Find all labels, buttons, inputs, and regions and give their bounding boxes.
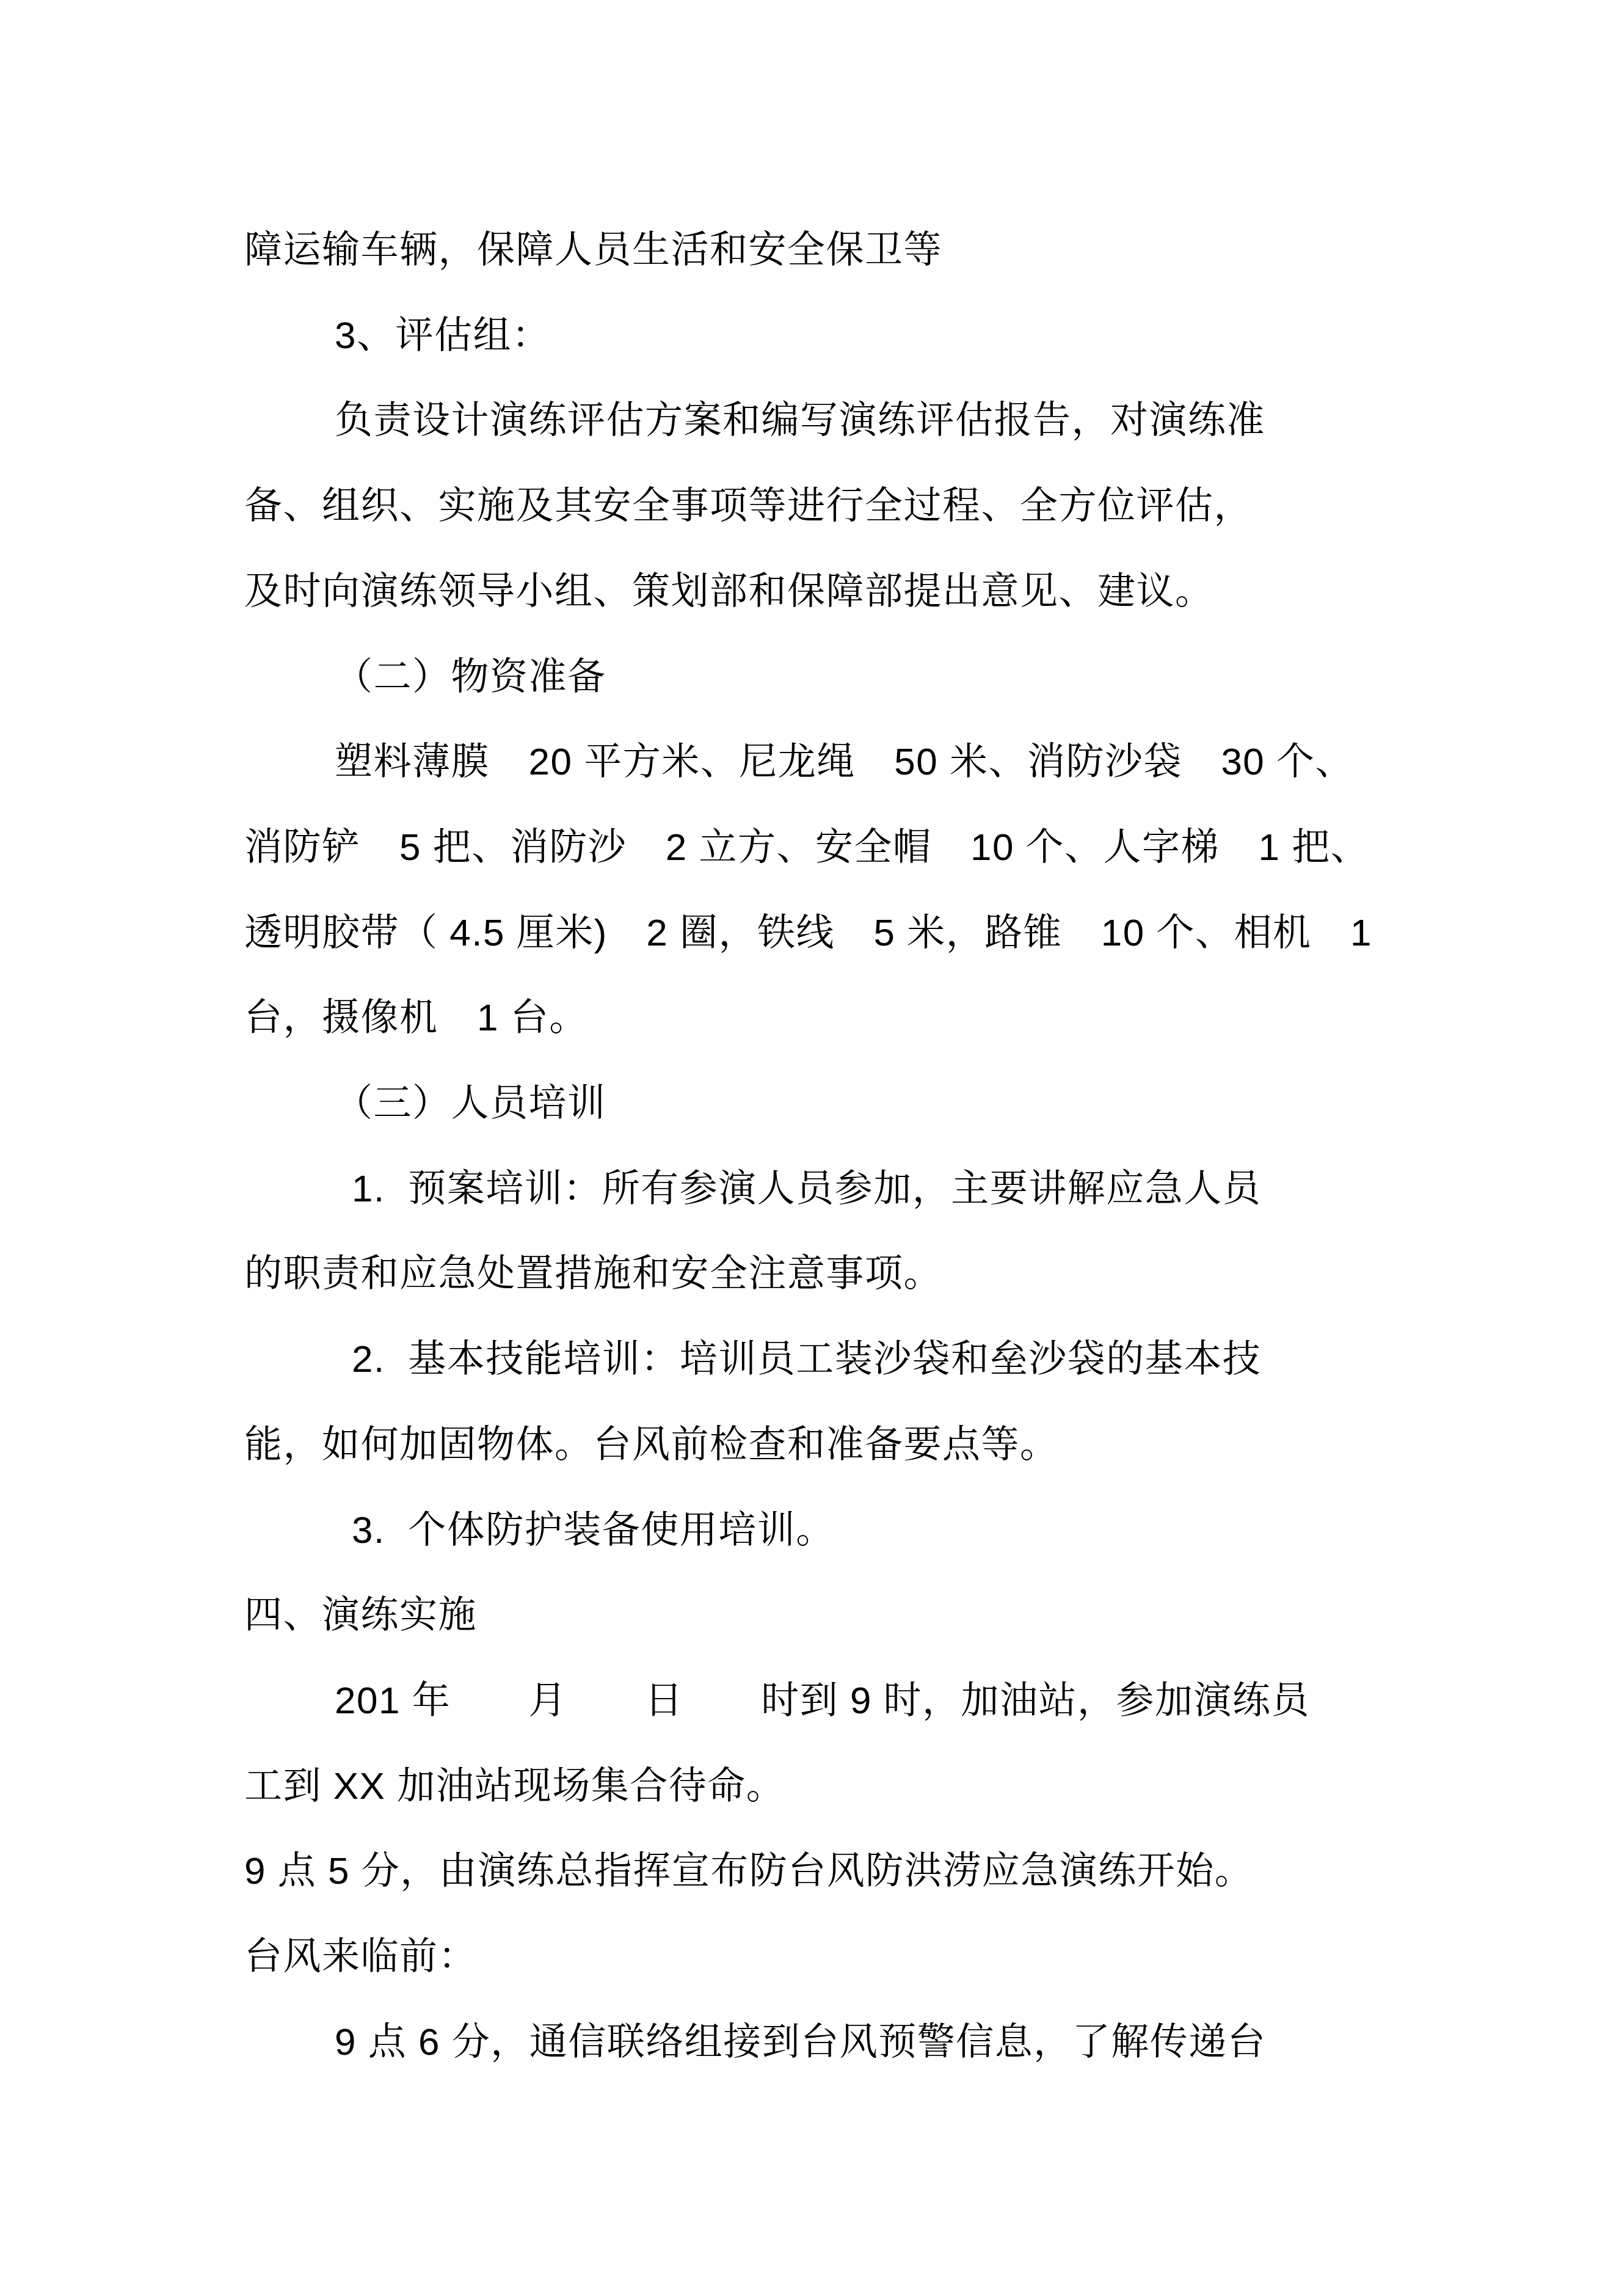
document-line: 负责设计演练评估方案和编写演练评估报告，对演练准 xyxy=(244,378,1475,464)
document-line: 及时向演练领导小组、策划部和保障部提出意见、建议。 xyxy=(244,549,1475,635)
document-body: 障运输车辆，保障人员生活和安全保卫等 3、评估组： 负责设计演练评估方案和编写演… xyxy=(0,0,1622,2085)
document-line: 障运输车辆，保障人员生活和安全保卫等 xyxy=(244,208,1475,293)
document-section-heading: （二）物资准备 xyxy=(244,635,1475,720)
document-line: 201 年 月 日 时到 9 时，加油站，参加演练员 xyxy=(244,1658,1475,1744)
document-line: 塑料薄膜 20 平方米、尼龙绳 50 米、消防沙袋 30 个、 xyxy=(244,720,1475,805)
document-line: 透明胶带（ 4.5 厘米) 2 圈，铁线 5 米，路锥 10 个、相机 1 xyxy=(244,891,1475,976)
document-line: 9 点 6 分，通信联络组接到台风预警信息，了解传递台 xyxy=(244,2000,1475,2085)
document-line: 消防铲 5 把、消防沙 2 立方、安全帽 10 个、人字梯 1 把、 xyxy=(244,805,1475,891)
document-line: 台，摄像机 1 台。 xyxy=(244,975,1475,1061)
document-line: 3. 个体防护装备使用培训。 xyxy=(244,1488,1475,1573)
document-line: 3、评估组： xyxy=(244,293,1475,379)
document-line: 备、组织、实施及其安全事项等进行全过程、全方位评估， xyxy=(244,464,1475,549)
document-line: 2. 基本技能培训：培训员工装沙袋和垒沙袋的基本技 xyxy=(244,1317,1475,1402)
document-page: 障运输车辆，保障人员生活和安全保卫等 3、评估组： 负责设计演练评估方案和编写演… xyxy=(0,0,1622,2296)
document-section-heading: （三）人员培训 xyxy=(244,1061,1475,1146)
document-line: 9 点 5 分，由演练总指挥宣布防台风防洪涝应急演练开始。 xyxy=(244,1829,1475,1914)
document-line: 能，如何加固物体。台风前检查和准备要点等。 xyxy=(244,1402,1475,1488)
document-line: 台风来临前： xyxy=(244,1914,1475,2000)
document-line: 的职责和应急处置措施和安全注意事项。 xyxy=(244,1231,1475,1317)
document-line: 工到 XX 加油站现场集合待命。 xyxy=(244,1744,1475,1829)
document-section-heading: 四、演练实施 xyxy=(244,1573,1475,1658)
document-line: 1. 预案培训：所有参演人员参加，主要讲解应急人员 xyxy=(244,1146,1475,1232)
